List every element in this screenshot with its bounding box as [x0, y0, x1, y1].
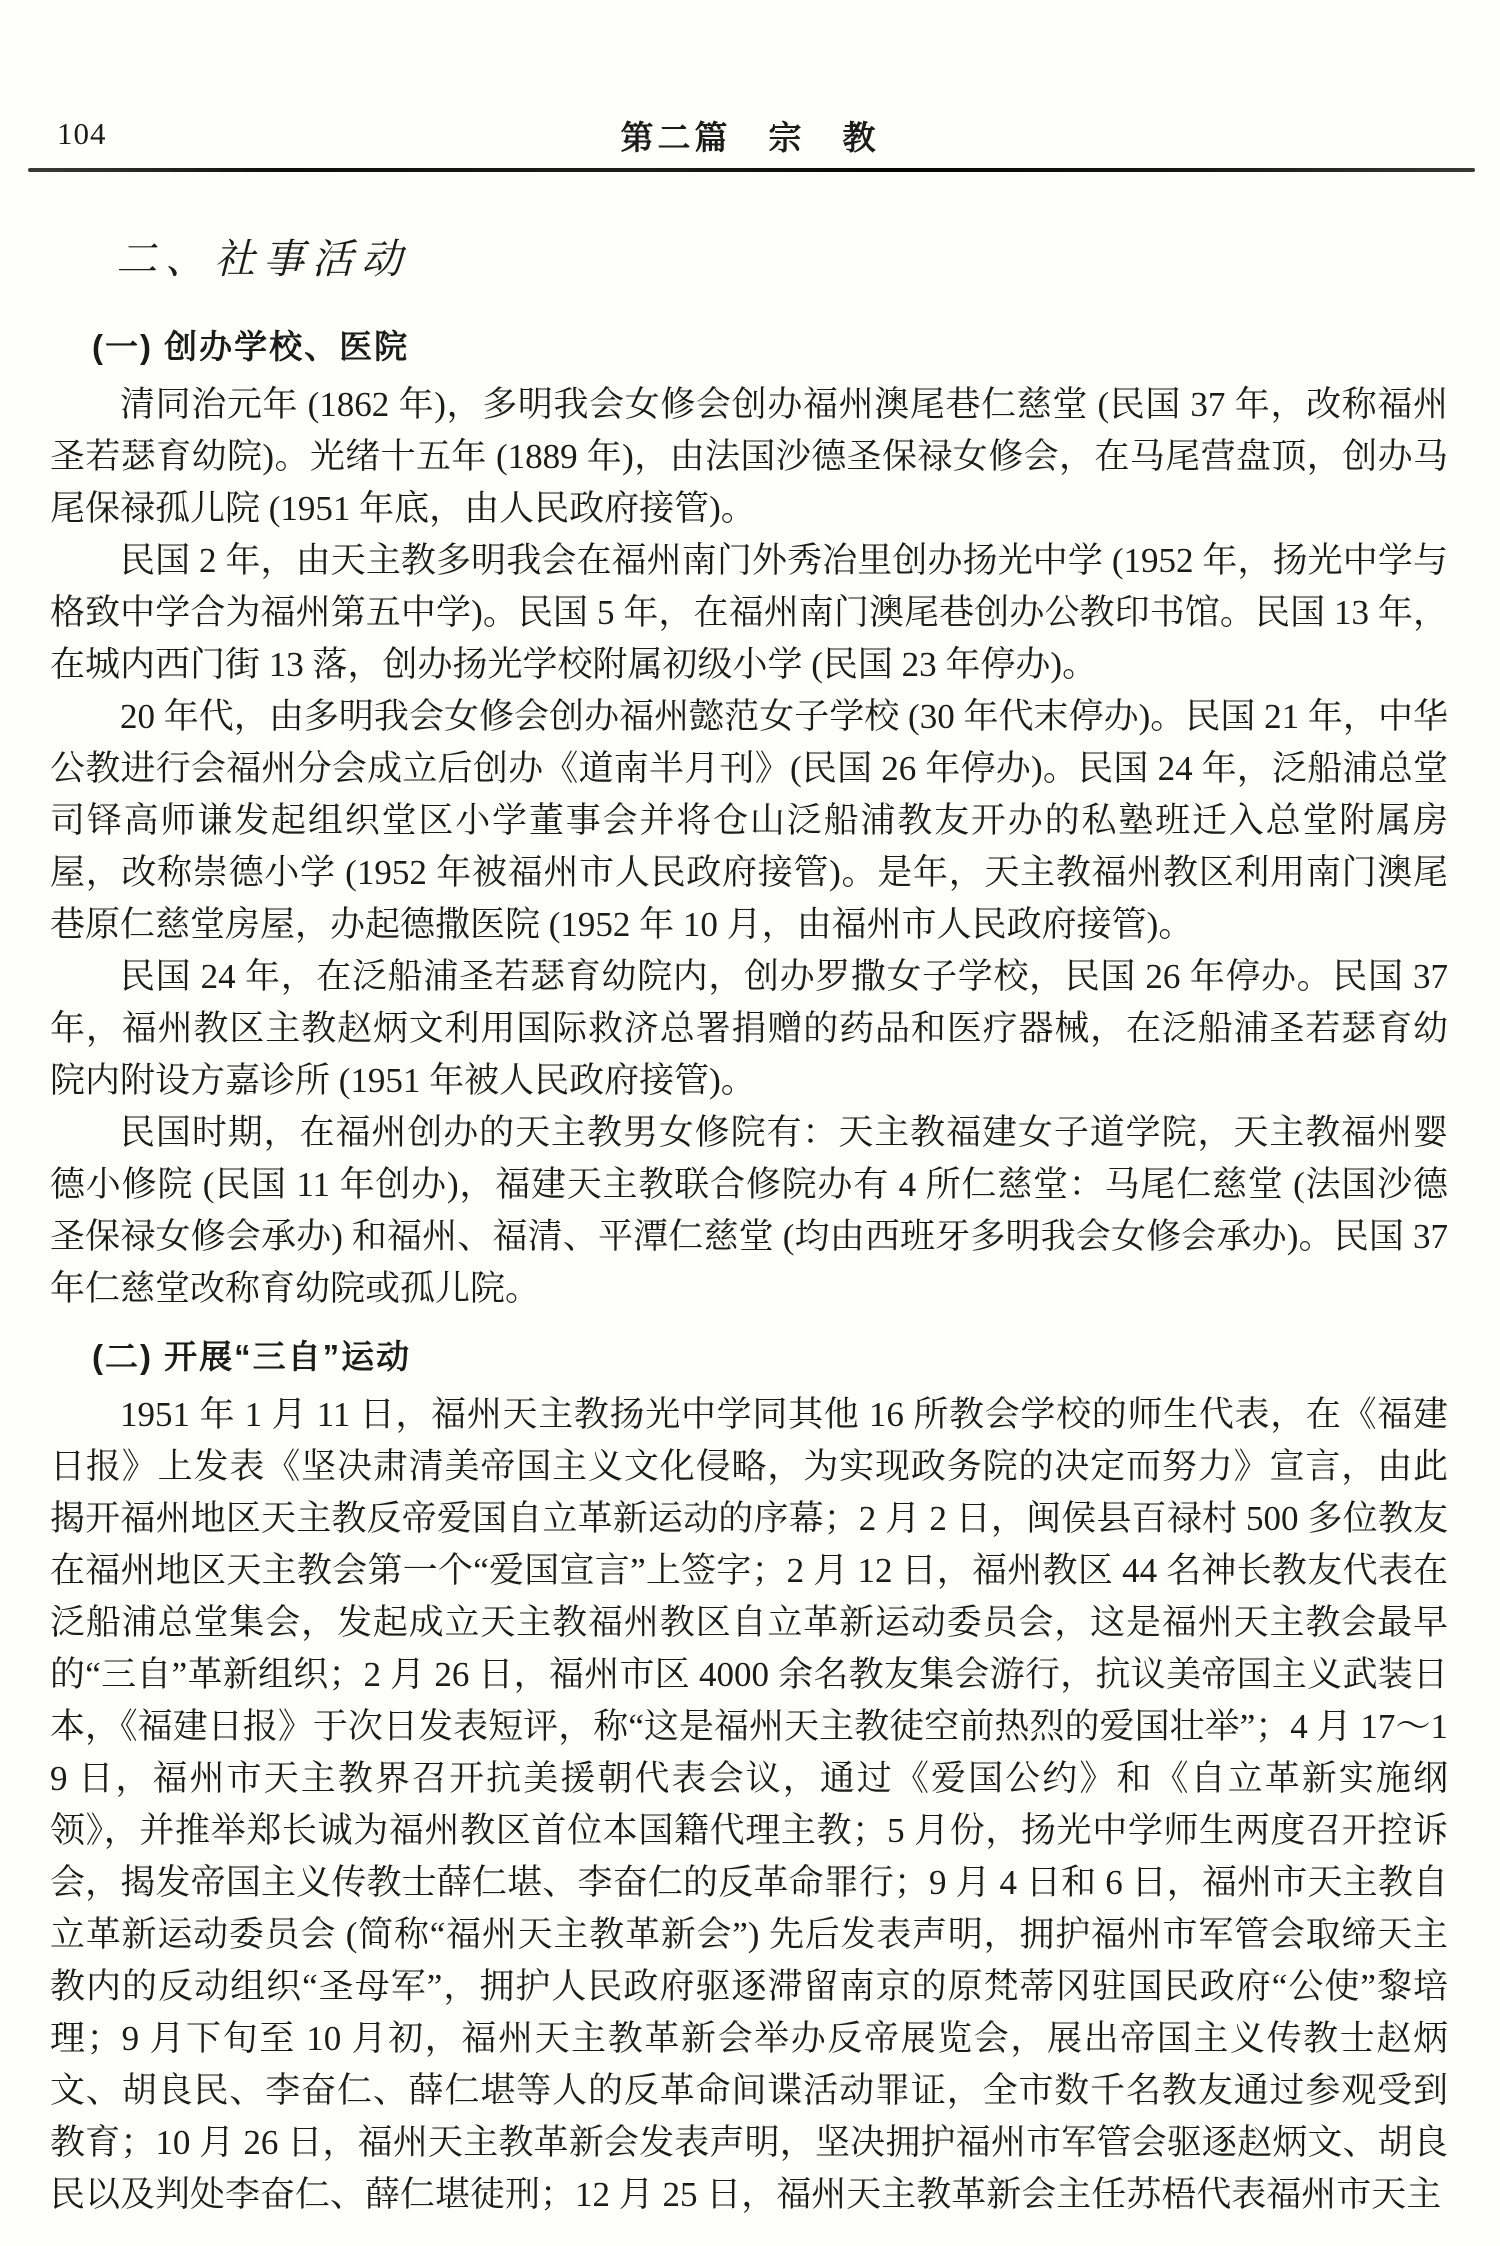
paragraph: 民国时期，在福州创办的天主教男女修院有：天主教福建女子道学院，天主教福州婴德小修…	[50, 1107, 1448, 1315]
paragraph: 民国 24 年，在泛船浦圣若瑟育幼院内，创办罗撒女子学校，民国 26 年停办。民…	[50, 951, 1448, 1107]
paragraph: 民国 2 年，由天主教多明我会在福州南门外秀冶里创办扬光中学 (1952 年，扬…	[50, 535, 1448, 691]
book-page: 104 第二篇 宗 教 二、社事活动 (一) 创办学校、医院 清同治元年 (18…	[0, 0, 1500, 2246]
subsection-1-heading: (一) 创办学校、医院	[92, 321, 1448, 368]
header-rule	[28, 168, 1475, 172]
running-header-title: 第二篇 宗 教	[0, 112, 1500, 159]
paragraph: 20 年代，由多明我会女修会创办福州懿范女子学校 (30 年代末停办)。民国 2…	[50, 691, 1448, 951]
paragraph: 清同治元年 (1862 年)，多明我会女修会创办福州澳尾巷仁慈堂 (民国 37 …	[50, 379, 1448, 535]
section-title: 二、社事活动	[116, 226, 1448, 285]
page-content: 二、社事活动 (一) 创办学校、医院 清同治元年 (1862 年)，多明我会女修…	[50, 226, 1448, 2221]
paragraph: 1951 年 1 月 11 日，福州天主教扬光中学同其他 16 所教会学校的师生…	[50, 1389, 1448, 2221]
subsection-2-heading: (二) 开展“三自”运动	[92, 1331, 1448, 1378]
